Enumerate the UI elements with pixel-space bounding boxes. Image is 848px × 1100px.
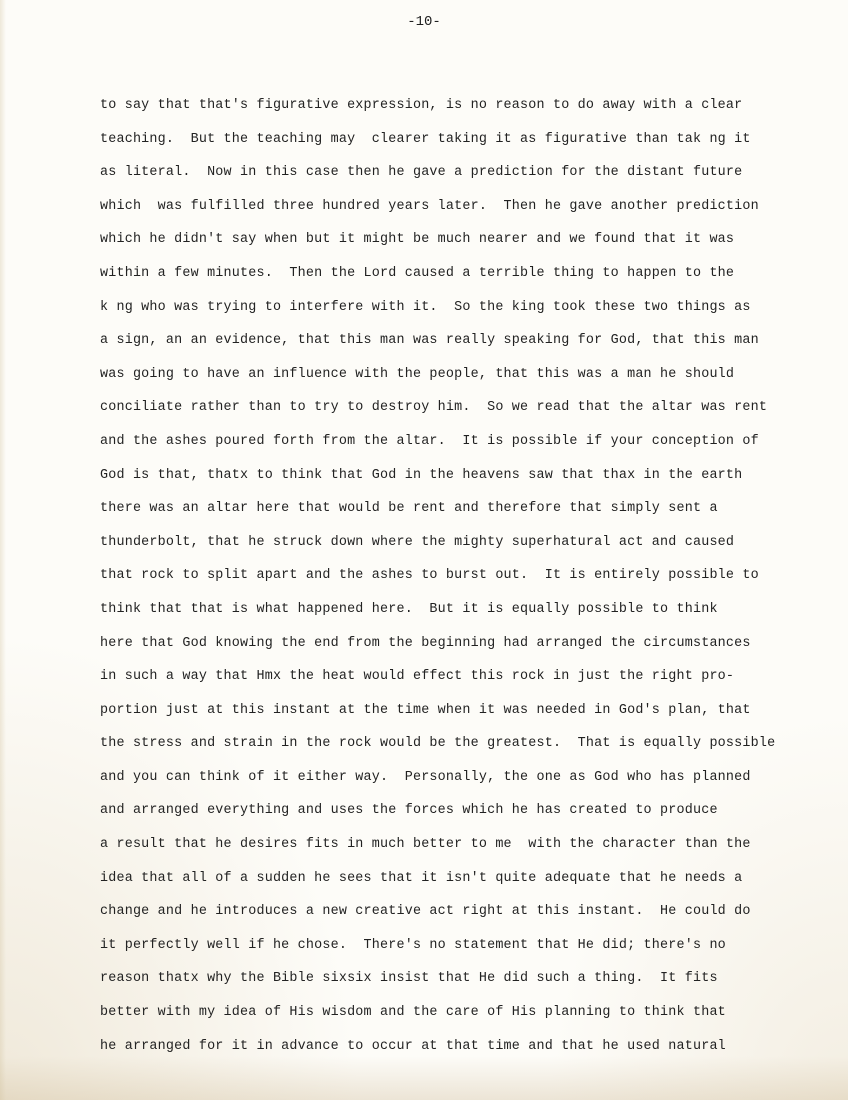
text-line: portion just at this instant at the time… <box>100 699 800 733</box>
paper-edge <box>0 0 6 1100</box>
text-line: better with my idea of His wisdom and th… <box>100 1001 800 1035</box>
text-line: to say that that's figurative expression… <box>100 94 800 128</box>
document-page: -10- to say that that's figurative expre… <box>0 0 848 1100</box>
text-line: God is that, thatx to think that God in … <box>100 464 800 498</box>
text-line: he arranged for it in advance to occur a… <box>100 1035 800 1069</box>
page-number: -10- <box>0 14 848 30</box>
text-line: reason thatx why the Bible sixsix insist… <box>100 967 800 1001</box>
text-line: as literal. Now in this case then he gav… <box>100 161 800 195</box>
text-line: was going to have an influence with the … <box>100 363 800 397</box>
text-line: thunderbolt, that he struck down where t… <box>100 531 800 565</box>
text-line: here that God knowing the end from the b… <box>100 632 800 666</box>
text-line: and the ashes poured forth from the alta… <box>100 430 800 464</box>
text-line: a result that he desires fits in much be… <box>100 833 800 867</box>
text-line: within a few minutes. Then the Lord caus… <box>100 262 800 296</box>
text-line: think that that is what happened here. B… <box>100 598 800 632</box>
text-line: which he didn't say when but it might be… <box>100 228 800 262</box>
text-line: k ng who was trying to interfere with it… <box>100 296 800 330</box>
text-line: that rock to split apart and the ashes t… <box>100 564 800 598</box>
text-line: it perfectly well if he chose. There's n… <box>100 934 800 968</box>
text-line: there was an altar here that would be re… <box>100 497 800 531</box>
text-line: in such a way that Hmx the heat would ef… <box>100 665 800 699</box>
body-text: to say that that's figurative expression… <box>100 94 800 1068</box>
text-line: which was fulfilled three hundred years … <box>100 195 800 229</box>
text-line: conciliate rather than to try to destroy… <box>100 396 800 430</box>
text-line: teaching. But the teaching may clearer t… <box>100 128 800 162</box>
text-line: change and he introduces a new creative … <box>100 900 800 934</box>
text-line: a sign, an an evidence, that this man wa… <box>100 329 800 363</box>
text-line: the stress and strain in the rock would … <box>100 732 800 766</box>
text-line: idea that all of a sudden he sees that i… <box>100 867 800 901</box>
text-line: and arranged everything and uses the for… <box>100 799 800 833</box>
text-line: and you can think of it either way. Pers… <box>100 766 800 800</box>
